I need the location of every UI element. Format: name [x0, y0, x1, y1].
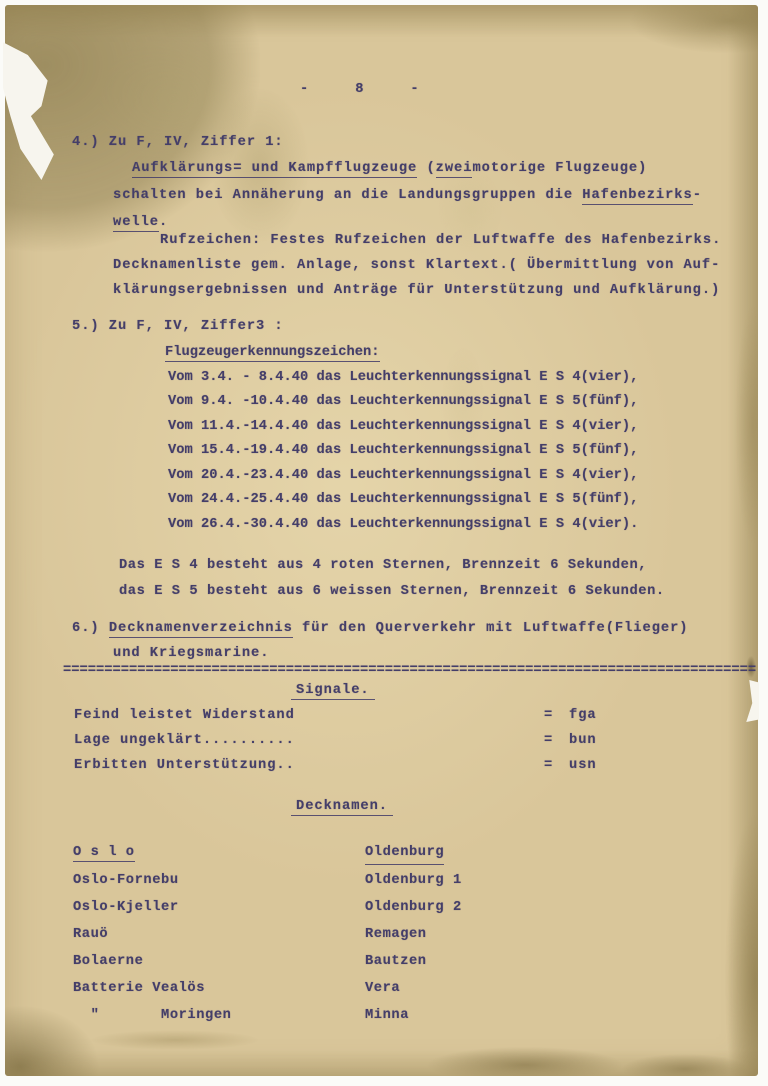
plain-text: ( — [417, 161, 435, 176]
plain-text: . — [159, 215, 168, 230]
real-name: Bolaerne — [73, 954, 143, 969]
signale-title: Signale. — [291, 681, 375, 701]
typewritten-content: - 8 - 4.) Zu F, IV, Ziffer 1: Aufklärung… — [0, 0, 768, 1086]
underlined-text: Decknamenverzeichnis — [109, 621, 293, 638]
equals-sign: = — [544, 706, 553, 726]
rufzeichen-line-1: Rufzeichen: Festes Rufzeichen der Luftwa… — [160, 231, 721, 251]
underlined-text: Aufklärungs= und Kampfflugzeuge — [132, 161, 417, 178]
signal-row: Feind leistet Widerstand=fga — [74, 706, 694, 726]
real-name: Batterie Vealös — [73, 981, 205, 996]
decknamen-row: Batterie VealösVera — [73, 979, 713, 999]
section-6-heading: 6.) Decknamenverzeichnis für den Querver… — [72, 619, 689, 639]
signal-note-1: Das E S 4 besteht aus 4 roten Sternen, B… — [119, 556, 647, 576]
signal-row: Lage ungeklärt..........=bun — [74, 731, 694, 751]
section-number: 6.) — [72, 621, 109, 636]
section-4-heading: 4.) Zu F, IV, Ziffer 1: — [72, 133, 284, 153]
real-name: Rauö — [73, 927, 108, 942]
section-4-line-3: welle. — [113, 213, 168, 233]
signal-code: fga — [569, 706, 597, 726]
signal-row: Erbitten Unterstützung..=usn — [74, 756, 694, 776]
column-header-left: O s l o — [73, 845, 135, 862]
underlined-text: zwei — [436, 161, 473, 178]
decknamen-row: Oslo-KjellerOldenburg 2 — [73, 898, 713, 918]
underlined-title: Decknamen. — [291, 799, 393, 816]
page-number: - 8 - — [300, 80, 420, 100]
rufzeichen-line-3: klärungsergebnissen und Anträge für Unte… — [113, 281, 720, 301]
signal-code: usn — [569, 756, 597, 776]
code-name: Oldenburg 2 — [365, 898, 462, 918]
section-5-heading: 5.) Zu F, IV, Ziffer3 : — [72, 317, 284, 337]
schedule-line: Vom 20.4.-23.4.40 das Leuchterkennungssi… — [168, 466, 638, 486]
decknamen-title: Decknamen. — [291, 797, 393, 817]
plain-text: schalten bei Annäherung an die Landungsg… — [113, 188, 582, 203]
schedule-line: Vom 3.4. - 8.4.40 das Leuchterkennungssi… — [168, 368, 638, 388]
schedule-line: Vom 15.4.-19.4.40 das Leuchterkennungssi… — [168, 441, 638, 461]
column-header-right: Oldenburg — [365, 843, 444, 865]
signal-note-2: das E S 5 besteht aus 6 weissen Sternen,… — [119, 582, 665, 602]
decknamen-header-row: O s l oOldenburg — [73, 843, 713, 863]
plain-text: für den Querverkehr mit Luftwaffe(Fliege… — [293, 621, 689, 636]
plain-text: motorige Flugzeuge) — [472, 161, 647, 176]
real-name: " Moringen — [73, 1008, 231, 1023]
underlined-text: Flugzeugerkennungszeichen: — [165, 345, 380, 362]
real-name: Oslo-Fornebu — [73, 873, 179, 888]
rufzeichen-line-2: Decknamenliste gem. Anlage, sonst Klarte… — [113, 256, 720, 276]
code-name: Remagen — [365, 925, 427, 945]
code-name: Bautzen — [365, 952, 427, 972]
underlined-title: Signale. — [291, 683, 375, 700]
schedule-line: Vom 11.4.-14.4.40 das Leuchterkennungssi… — [168, 417, 638, 437]
underlined-text: Hafenbezirks — [582, 188, 692, 205]
decknamen-row: " MoringenMinna — [73, 1006, 713, 1026]
schedule-line: Vom 9.4. -10.4.40 das Leuchterkennungssi… — [168, 392, 638, 412]
decknamen-row: RauöRemagen — [73, 925, 713, 945]
section-4-line-2: schalten bei Annäherung an die Landungsg… — [113, 186, 702, 206]
signal-label: Feind leistet Widerstand — [74, 708, 295, 723]
signal-code: bun — [569, 731, 597, 751]
paper-sheet: - 8 - 4.) Zu F, IV, Ziffer 1: Aufklärung… — [5, 5, 758, 1076]
decknamen-row: BolaerneBautzen — [73, 952, 713, 972]
schedule-line: Vom 24.4.-25.4.40 das Leuchterkennungssi… — [168, 490, 638, 510]
underlined-text: welle — [113, 215, 159, 232]
code-name: Minna — [365, 1006, 409, 1026]
signal-label: Erbitten Unterstützung.. — [74, 758, 295, 773]
section-5-subheading: Flugzeugerkennungszeichen: — [165, 343, 380, 363]
plain-text: - — [693, 188, 702, 203]
equals-sign: = — [544, 756, 553, 776]
real-name: Oslo-Kjeller — [73, 900, 179, 915]
code-name: Vera — [365, 979, 400, 999]
signal-label: Lage ungeklärt.......... — [74, 733, 295, 748]
section-4-line-1: Aufklärungs= und Kampfflugzeuge (zweimot… — [132, 159, 647, 179]
decknamen-row: Oslo-FornebuOldenburg 1 — [73, 871, 713, 891]
scanned-document-page: { "colors": { "ink": "#443e69", "paper":… — [0, 0, 768, 1086]
equals-sign: = — [544, 731, 553, 751]
schedule-line: Vom 26.4.-30.4.40 das Leuchterkennungssi… — [168, 515, 638, 535]
code-name: Oldenburg 1 — [365, 871, 462, 891]
divider-line: ========================================… — [63, 661, 756, 681]
